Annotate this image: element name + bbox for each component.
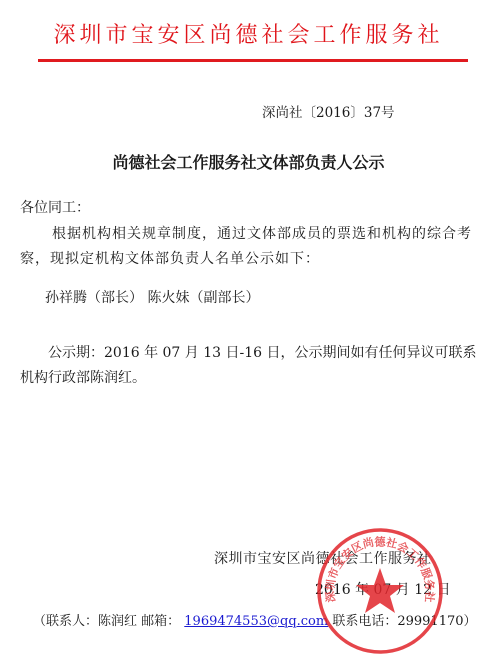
appointee-list: 孙祥腾（部长） 陈火妹（副部长）: [45, 286, 259, 311]
contact-suffix: ）: [464, 614, 477, 629]
appointee-name: 陈火妹: [147, 290, 189, 306]
email-link[interactable]: 1969474553@qq.com: [184, 614, 328, 629]
header-red-rule: [38, 59, 468, 62]
document-number: 深尚社〔2016〕37号: [262, 101, 395, 121]
greeting: 各位同工：: [20, 196, 90, 221]
notice-title: 尚德社会工作服务社文体部负责人公示: [0, 150, 497, 173]
organization-header: 深圳市宝安区尚德社会工作服务社: [0, 18, 497, 49]
phone-label: 联系电话：: [328, 614, 397, 629]
appointee-name: 孙祥腾: [45, 290, 87, 306]
contact-line: （联系人：陈润红 邮箱： 1969474553@qq.com 联系电话：2999…: [33, 610, 477, 629]
appointee-role: （部长）: [87, 290, 143, 306]
phone-number: 29991170: [397, 614, 463, 629]
notice-body: 根据机构相关规章制度，通过文体部成员的票选和机构的综合考察，现拟定机构文体部负责…: [20, 222, 482, 272]
notice-period: 公示期：2016 年 07 月 13 日-16 日，公示期间如有任何异议可联系机…: [20, 341, 482, 391]
signature-organization: 深圳市宝安区尚德社会工作服务社: [214, 548, 432, 568]
appointee-role: （副部长）: [189, 290, 259, 306]
contact-prefix: （联系人：陈润红 邮箱：: [33, 614, 180, 629]
signature-date: 2016 年 07 月 12 日: [315, 579, 451, 599]
